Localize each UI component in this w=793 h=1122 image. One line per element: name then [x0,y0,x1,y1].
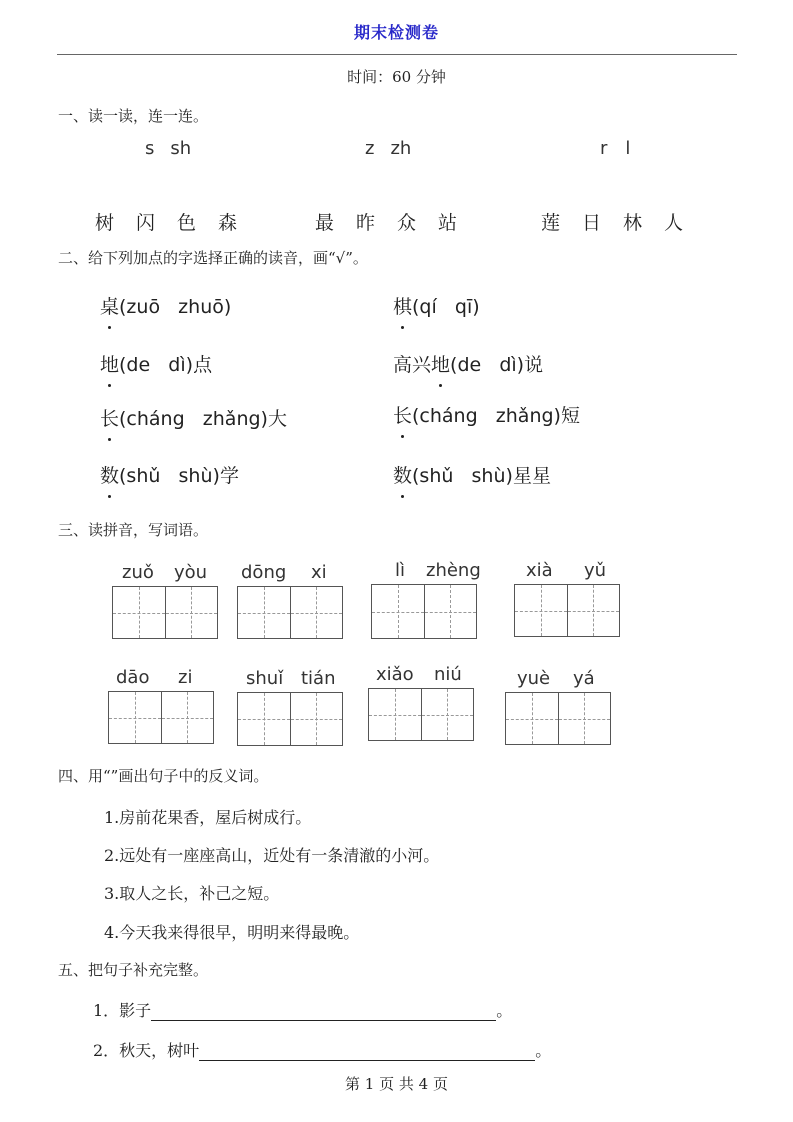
pinyin-options[interactable]: (cháng zhǎng) [412,405,561,427]
suffix: 学 [220,465,239,487]
writing-box[interactable] [505,692,611,745]
pinyin: xià [526,560,553,581]
header-divider [57,54,737,55]
time-limit: 时间：60 分钟 [0,66,793,87]
item-prefix: 1．影子 [93,1001,151,1020]
dotted-char: 桌 [100,292,119,319]
reading-item: 桌(zuō zhuō) [100,292,231,319]
char: 最 [315,212,334,234]
item-suffix: 。 [535,1041,551,1060]
dotted-char: 数 [100,461,119,488]
section3-heading: 三、读拼音，写词语。 [58,519,208,540]
char: 树 [95,212,114,234]
char: 日 [582,212,601,234]
suffix: 大 [268,408,287,430]
char: 站 [438,212,457,234]
page-number: 第 1 页 共 4 页 [0,1073,793,1094]
pinyin-options[interactable]: (de dì) [119,354,193,376]
section4-heading: 四、用“”画出句子中的反义词。 [58,765,268,786]
char: 森 [218,212,237,234]
suffix: 说 [524,354,543,376]
pinyin: yá [573,668,595,689]
pinyin-word-1: zuǒ yòu [112,560,218,640]
suffix: 星星 [513,465,551,487]
reading-item: 数(shǔ shù)星星 [393,461,551,488]
initial: z [365,138,374,159]
char-group-1: 树闪色森 [95,208,237,235]
section1-heading: 一、读一读，连一连。 [58,105,208,126]
initial-pair-2: zzh [365,138,411,159]
answer-blank[interactable] [199,1041,535,1061]
initial: r [600,138,607,159]
writing-box[interactable] [237,586,343,639]
pinyin-word-7: xiǎo niú [368,662,474,742]
pinyin: tián [301,668,336,689]
writing-box[interactable] [514,584,620,637]
pinyin: xiǎo [376,664,414,685]
pinyin: zuǒ [122,562,154,583]
initial: zh [390,138,411,159]
writing-box[interactable] [112,586,218,639]
pinyin: niú [434,664,462,685]
pinyin-word-4: xià yǔ [514,558,620,638]
char: 莲 [541,212,560,234]
dotted-char: 棋 [393,292,412,319]
char: 众 [397,212,416,234]
sentence-4[interactable]: 4.今天我来得很早，明明来得最晚。 [104,920,359,943]
sentence-3[interactable]: 3.取人之长，补己之短。 [104,881,279,904]
pinyin-options[interactable]: (cháng zhǎng) [119,408,268,430]
pinyin-options[interactable]: (shǔ shù) [119,465,220,487]
completion-item-2: 2．秋天，树叶 。 [93,1038,551,1061]
char: 人 [664,212,683,234]
completion-item-1: 1．影子 。 [93,998,512,1021]
dotted-char: 地 [431,350,450,377]
pinyin-word-2: dōng xi [237,560,343,640]
sentence-1[interactable]: 1.房前花果香，屋后树成行。 [104,805,311,828]
pinyin-word-8: yuè yá [505,666,611,746]
reading-item: 长(cháng zhǎng)大 [100,404,287,431]
char: 林 [623,212,642,234]
pinyin: dōng [241,562,286,583]
reading-item: 数(shǔ shù)学 [100,461,239,488]
pinyin: yuè [517,668,550,689]
pinyin: yǔ [584,560,606,581]
answer-blank[interactable] [151,1001,496,1021]
dotted-char: 数 [393,461,412,488]
initial: sh [170,138,191,159]
item-suffix: 。 [496,1001,512,1020]
initial-pair-3: rl [600,138,630,159]
initial: l [625,138,630,159]
initial: s [145,138,154,159]
char: 色 [177,212,196,234]
writing-box[interactable] [237,692,343,746]
suffix: 短 [561,405,580,427]
pinyin: lì [395,560,405,581]
initial-pair-1: ssh [145,138,191,159]
dotted-char: 地 [100,350,119,377]
pinyin-options[interactable]: (shǔ shù) [412,465,513,487]
pinyin: shuǐ [246,668,283,689]
pinyin: dāo [116,667,149,688]
reading-item: 地(de dì)点 [100,350,212,377]
char-group-2: 最昨众站 [315,208,457,235]
prefix: 高兴 [393,354,431,376]
pinyin: zi [178,667,192,688]
item-prefix: 2．秋天，树叶 [93,1041,199,1060]
char-group-3: 莲日林人 [541,208,683,235]
char: 昨 [356,212,375,234]
section2-heading: 二、给下列加点的字选择正确的读音，画“√”。 [58,247,368,268]
pinyin-word-3: lì zhèng [371,558,477,640]
pinyin-options[interactable]: (de dì) [450,354,524,376]
char: 闪 [136,212,155,234]
pinyin: xi [311,562,327,583]
writing-box[interactable] [371,584,477,639]
sentence-2[interactable]: 2.远处有一座座高山，近处有一条清澈的小河。 [104,843,439,866]
writing-box[interactable] [108,691,214,744]
reading-item: 高兴地(de dì)说 [393,350,543,377]
reading-item: 棋(qí qī) [393,292,480,319]
dotted-char: 长 [100,404,119,431]
reading-item: 长(cháng zhǎng)短 [393,401,580,428]
exam-title: 期末检测卷 [0,20,793,43]
section5-heading: 五、把句子补充完整。 [58,959,208,980]
pinyin-word-5: dāo zi [108,665,214,745]
pinyin-word-6: shuǐ tián [237,666,343,746]
pinyin: zhèng [426,560,481,581]
dotted-char: 长 [393,401,412,428]
suffix: 点 [193,354,212,376]
pinyin-options[interactable]: (zuō zhuō) [119,296,231,318]
writing-box[interactable] [368,688,474,741]
pinyin: yòu [174,562,207,583]
pinyin-options[interactable]: (qí qī) [412,296,480,318]
